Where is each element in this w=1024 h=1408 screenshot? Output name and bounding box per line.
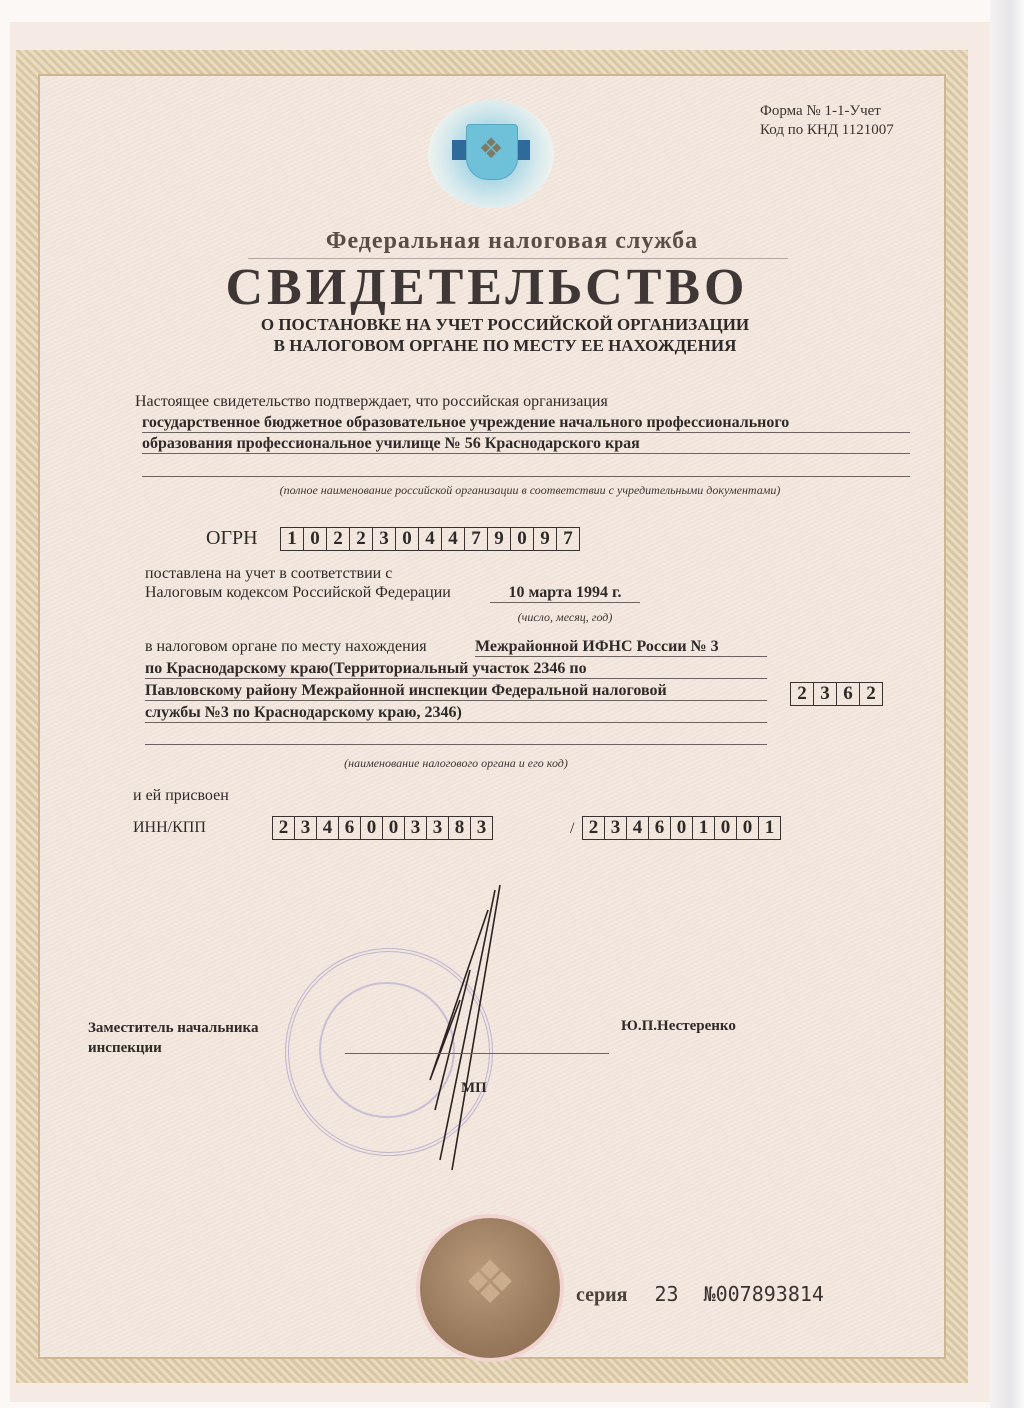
digit-box: 0 <box>671 817 693 839</box>
digit-box: 4 <box>317 817 339 839</box>
tax-authority-line4: службы №3 по Краснодарскому краю, 2346) <box>145 704 767 723</box>
digit-box: 2 <box>791 683 814 705</box>
digit-box: 0 <box>715 817 737 839</box>
tax-authority-code: 2362 <box>790 682 883 706</box>
digit-box: 0 <box>737 817 759 839</box>
embossed-seal-icon: ❖ <box>420 1218 560 1358</box>
signature-icon <box>400 880 520 1180</box>
certificate-subtitle: О ПОСТАНОВКЕ НА УЧЕТ РОССИЙСКОЙ ОРГАНИЗА… <box>0 314 1010 356</box>
date-caption: (число, месяц, год) <box>490 610 640 625</box>
digit-box: 0 <box>304 528 327 550</box>
digit-box: 4 <box>627 817 649 839</box>
form-info: Форма № 1-1-Учет Код по КНД 1121007 <box>760 102 894 140</box>
digit-box: 3 <box>427 817 449 839</box>
digit-box: 0 <box>361 817 383 839</box>
digit-box: 3 <box>373 528 396 550</box>
form-number: Форма № 1-1-Учет <box>760 102 894 121</box>
digit-box: 3 <box>471 817 492 839</box>
organization-name-line2: образования профессиональное училище № 5… <box>142 435 910 454</box>
organization-name-line1: государственное бюджетное образовательно… <box>142 414 910 433</box>
signatory-position: Заместитель начальника инспекции <box>88 1018 258 1058</box>
stamp-place-label: МП <box>461 1080 487 1097</box>
digit-box: 2 <box>273 817 295 839</box>
tax-authority-line3: Павловскому району Межрайонной инспекции… <box>145 682 767 701</box>
digit-box: 2 <box>350 528 373 550</box>
registration-date: 10 марта 1994 г. <box>490 584 640 603</box>
digit-box: 6 <box>339 817 361 839</box>
registration-line2: Налоговым кодексом Российской Федерации <box>145 584 451 602</box>
registration-line1: поставлена на учет в соответствии с <box>145 565 392 583</box>
digit-box: 3 <box>295 817 317 839</box>
digit-box: 6 <box>837 683 860 705</box>
digit-box: 9 <box>488 528 511 550</box>
digit-box: 3 <box>405 817 427 839</box>
inn-value: 2346003383 <box>272 816 493 840</box>
hologram-coat-of-arms-icon: ❖ <box>428 100 554 208</box>
digit-box: 0 <box>383 817 405 839</box>
scan-edge <box>990 0 1024 1408</box>
organization-caption: (полное наименование российской организа… <box>0 483 1024 498</box>
ogrn-value: 1022304479097 <box>280 527 580 551</box>
kpp-value: 234601001 <box>582 816 781 840</box>
tax-authority-caption: (наименование налогового органа и его ко… <box>145 756 767 771</box>
series-number: серия 23 №007893814 <box>576 1282 824 1307</box>
digit-box: 1 <box>693 817 715 839</box>
knd-code: Код по КНД 1121007 <box>760 121 894 140</box>
tax-authority-line1: Межрайонной ИФНС России № 3 <box>475 638 767 657</box>
series-value: 23 <box>654 1282 678 1306</box>
digit-box: 4 <box>419 528 442 550</box>
digit-box: 2 <box>327 528 350 550</box>
inn-kpp-separator: / <box>570 820 574 838</box>
organization-intro: Настоящее свидетельство подтверждает, чт… <box>135 393 608 411</box>
digit-box: 1 <box>281 528 304 550</box>
digit-box: 2 <box>860 683 882 705</box>
series-label: серия <box>576 1284 627 1306</box>
ogrn-label: ОГРН <box>206 527 258 550</box>
digit-box: 9 <box>534 528 557 550</box>
digit-box: 4 <box>442 528 465 550</box>
certificate-title: СВИДЕТЕЛЬСТВО <box>0 258 974 317</box>
digit-box: 6 <box>649 817 671 839</box>
digit-box: 1 <box>759 817 780 839</box>
digit-box: 8 <box>449 817 471 839</box>
signature-line <box>345 1053 609 1054</box>
tax-authority-line2: по Краснодарскому краю(Территориальный у… <box>145 660 767 679</box>
assigned-intro: и ей присвоен <box>133 787 229 805</box>
digit-box: 7 <box>465 528 488 550</box>
inn-kpp-label: ИНН/КПП <box>133 819 206 837</box>
digit-box: 0 <box>511 528 534 550</box>
digit-box: 2 <box>583 817 605 839</box>
digit-box: 3 <box>605 817 627 839</box>
certificate-number: №007893814 <box>704 1282 824 1306</box>
digit-box: 7 <box>557 528 579 550</box>
agency-name: Федеральная налоговая служба <box>0 228 1024 255</box>
tax-authority-intro: в налоговом органе по месту нахождения <box>145 638 427 656</box>
digit-box: 3 <box>814 683 837 705</box>
signatory-name: Ю.П.Нестеренко <box>621 1018 736 1035</box>
digit-box: 0 <box>396 528 419 550</box>
